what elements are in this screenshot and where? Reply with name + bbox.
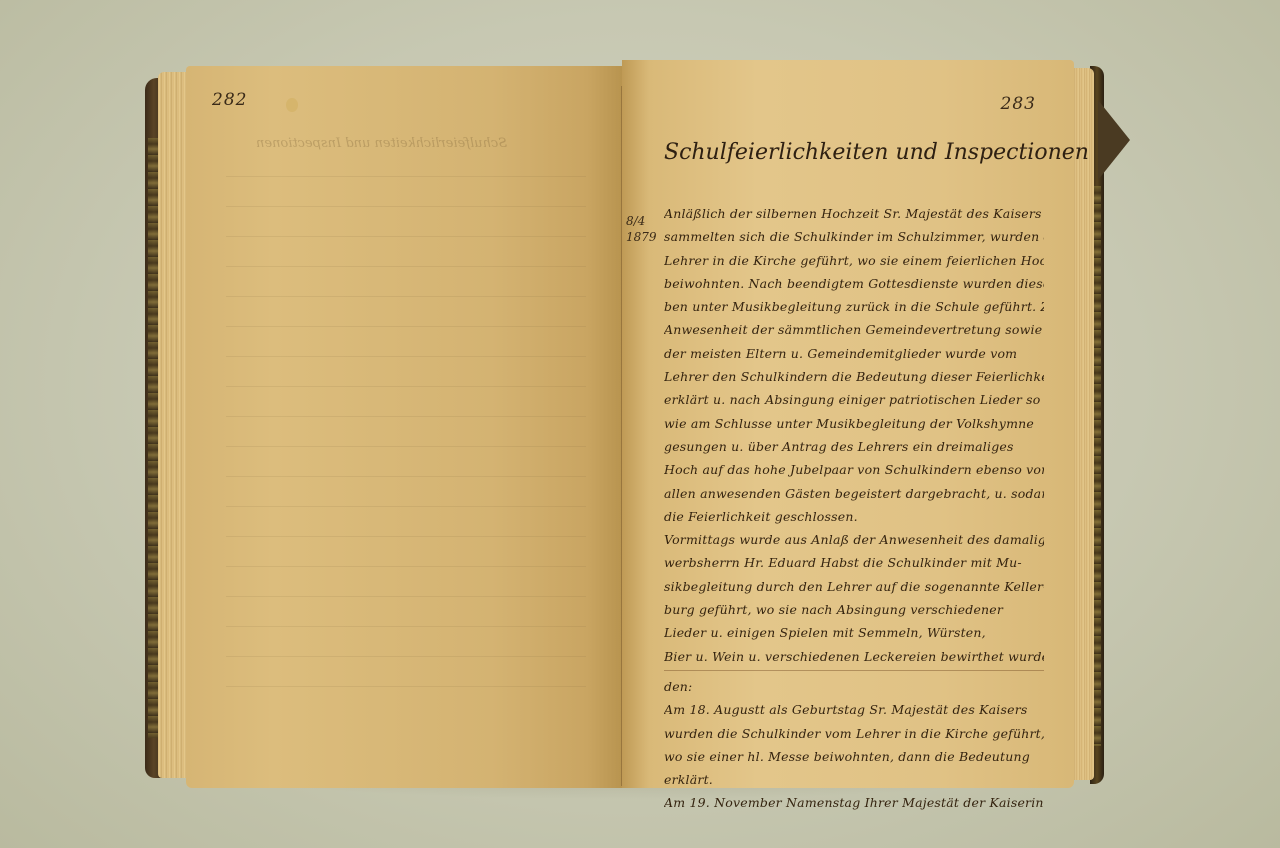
handwritten-body: Anläßlich der silbernen Hochzeit Sr. Maj… bbox=[664, 202, 1044, 815]
text-line: Anläßlich der silbernen Hochzeit Sr. Maj… bbox=[664, 202, 1044, 225]
right-page: 283 Schulfeierlichkeiten und Inspectione… bbox=[622, 60, 1074, 788]
text-line: wie am Schlusse unter Musikbegleitung de… bbox=[664, 412, 1044, 435]
bleed-through-heading: Schulfeierlichkeiten und Inspectionen bbox=[256, 136, 507, 151]
bleed-through-lines bbox=[226, 176, 586, 716]
text-line: Lehrer den Schulkindern die Bedeutung di… bbox=[664, 365, 1044, 388]
paragraph-3: den: Am 18. Augustt als Geburtstag Sr. M… bbox=[664, 675, 1044, 815]
text-line: den: bbox=[664, 675, 1044, 698]
left-page: 282 Schulfeierlichkeiten und Inspectione… bbox=[186, 66, 622, 788]
paragraph-2: Vormittags wurde aus Anlaß der Anwesenhe… bbox=[664, 528, 1044, 668]
text-line: erklärt. bbox=[664, 768, 1044, 791]
text-line: Hoch auf das hohe Jubelpaar von Schulkin… bbox=[664, 458, 1044, 481]
paragraph-1: Anläßlich der silbernen Hochzeit Sr. Maj… bbox=[664, 202, 1044, 528]
text-line: der meisten Eltern u. Gemeindemitglieder… bbox=[664, 342, 1044, 365]
margin-note-day: 8/4 bbox=[626, 213, 657, 229]
text-line: wurden die Schulkinder vom Lehrer in die… bbox=[664, 722, 1044, 745]
page-number-left: 282 bbox=[212, 90, 247, 110]
text-line: erklärt u. nach Absingung einiger patrio… bbox=[664, 388, 1044, 411]
page-number-right: 283 bbox=[1001, 94, 1036, 114]
text-line: gesungen u. über Antrag des Lehrers ein … bbox=[664, 435, 1044, 458]
text-line: werbsherrn Hr. Eduard Habst die Schulkin… bbox=[664, 551, 1044, 574]
section-divider-line bbox=[664, 670, 1044, 671]
text-line: die Feierlichkeit geschlossen. bbox=[664, 505, 1044, 528]
margin-date-note: 8/4 1879 bbox=[626, 213, 657, 245]
text-line: burg geführt, wo sie nach Absingung vers… bbox=[664, 598, 1044, 621]
text-line: Lieder u. einigen Spielen mit Semmeln, W… bbox=[664, 621, 1044, 644]
text-line: ben unter Musikbegleitung zurück in die … bbox=[664, 295, 1044, 318]
text-line: sikbegleitung durch den Lehrer auf die s… bbox=[664, 575, 1044, 598]
margin-note-year: 1879 bbox=[626, 229, 657, 245]
torn-cover-corner bbox=[1098, 100, 1130, 180]
text-line: Am 19. November Namenstag Ihrer Majestät… bbox=[664, 791, 1044, 814]
open-book: 282 Schulfeierlichkeiten und Inspectione… bbox=[140, 60, 1130, 800]
text-line: Lehrer in die Kirche geführt, wo sie ein… bbox=[664, 249, 1044, 272]
text-line: Anwesenheit der sämmtlichen Gemeindevert… bbox=[664, 318, 1044, 341]
page-heading: Schulfeierlichkeiten und Inspectionen bbox=[664, 140, 1089, 165]
ink-stain bbox=[286, 98, 298, 112]
text-line: Am 18. Augustt als Geburtstag Sr. Majest… bbox=[664, 698, 1044, 721]
text-line: allen anwesenden Gästen begeistert darge… bbox=[664, 482, 1044, 505]
text-line: beiwohnten. Nach beendigtem Gottesdienst… bbox=[664, 272, 1044, 295]
text-line: Vormittags wurde aus Anlaß der Anwesenhe… bbox=[664, 528, 1044, 551]
text-line: Bier u. Wein u. verschiedenen Leckereien… bbox=[664, 645, 1044, 668]
text-line: wo sie einer hl. Messe beiwohnten, dann … bbox=[664, 745, 1044, 768]
text-line: sammelten sich die Schulkinder im Schulz… bbox=[664, 225, 1044, 248]
